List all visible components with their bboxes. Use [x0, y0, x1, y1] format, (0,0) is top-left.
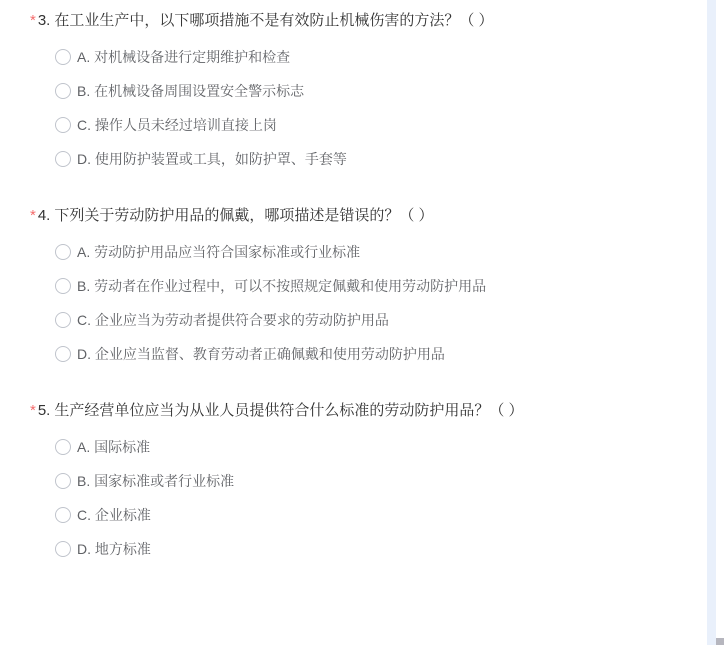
- radio-unchecked-icon[interactable]: [55, 117, 71, 133]
- radio-unchecked-icon[interactable]: [55, 151, 71, 167]
- question-title: *5.生产经营单位应当为从业人员提供符合什么标准的劳动防护用品？（ ）: [30, 403, 700, 418]
- radio-unchecked-icon[interactable]: [55, 244, 71, 260]
- radio-unchecked-icon[interactable]: [55, 473, 71, 489]
- option-row[interactable]: D. 地方标准: [55, 541, 700, 557]
- question-text: 下列关于劳动防护用品的佩戴，哪项描述是错误的？（ ）: [54, 207, 433, 224]
- option-row[interactable]: A. 国际标准: [55, 439, 700, 455]
- option-label: B. 劳动者在作业过程中，可以不按照规定佩戴和使用劳动防护用品: [77, 278, 486, 294]
- option-label: C. 企业标准: [77, 507, 151, 523]
- option-row[interactable]: B. 劳动者在作业过程中，可以不按照规定佩戴和使用劳动防护用品: [55, 278, 700, 294]
- question-block-3: *3.在工业生产中，以下哪项措施不是有效防止机械伤害的方法？（ ） A. 对机械…: [0, 13, 700, 167]
- radio-unchecked-icon[interactable]: [55, 278, 71, 294]
- radio-unchecked-icon[interactable]: [55, 346, 71, 362]
- option-row[interactable]: D. 使用防护装置或工具，如防护罩、手套等: [55, 151, 700, 167]
- radio-unchecked-icon[interactable]: [55, 49, 71, 65]
- option-label: D. 使用防护装置或工具，如防护罩、手套等: [77, 151, 347, 167]
- option-row[interactable]: D. 企业应当监督、教育劳动者正确佩戴和使用劳动防护用品: [55, 346, 700, 362]
- radio-unchecked-icon[interactable]: [55, 541, 71, 557]
- option-row[interactable]: C. 企业应当为劳动者提供符合要求的劳动防护用品: [55, 312, 700, 328]
- question-number: 5.: [38, 402, 51, 419]
- question-title: *4.下列关于劳动防护用品的佩戴，哪项描述是错误的？（ ）: [30, 208, 700, 223]
- option-row[interactable]: A. 劳动防护用品应当符合国家标准或行业标准: [55, 244, 700, 260]
- option-label: D. 地方标准: [77, 541, 151, 557]
- question-block-5: *5.生产经营单位应当为从业人员提供符合什么标准的劳动防护用品？（ ） A. 国…: [0, 403, 700, 557]
- option-label: A. 国际标准: [77, 439, 150, 455]
- question-title: *3.在工业生产中，以下哪项措施不是有效防止机械伤害的方法？（ ）: [30, 13, 700, 28]
- required-asterisk: *: [30, 207, 36, 224]
- option-label: A. 对机械设备进行定期维护和检查: [77, 49, 290, 65]
- option-label: C. 企业应当为劳动者提供符合要求的劳动防护用品: [77, 312, 389, 328]
- required-asterisk: *: [30, 402, 36, 419]
- option-label: B. 国家标准或者行业标准: [77, 473, 234, 489]
- radio-unchecked-icon[interactable]: [55, 507, 71, 523]
- question-text: 生产经营单位应当为从业人员提供符合什么标准的劳动防护用品？（ ）: [54, 402, 523, 419]
- option-row[interactable]: B. 在机械设备周围设置安全警示标志: [55, 83, 700, 99]
- option-label: A. 劳动防护用品应当符合国家标准或行业标准: [77, 244, 360, 260]
- option-row[interactable]: B. 国家标准或者行业标准: [55, 473, 700, 489]
- question-block-4: *4.下列关于劳动防护用品的佩戴，哪项描述是错误的？（ ） A. 劳动防护用品应…: [0, 208, 700, 362]
- scrollbar-corner[interactable]: [716, 638, 724, 645]
- question-number: 3.: [38, 12, 51, 29]
- option-row[interactable]: C. 操作人员未经过培训直接上岗: [55, 117, 700, 133]
- question-list: *3.在工业生产中，以下哪项措施不是有效防止机械伤害的方法？（ ） A. 对机械…: [0, 0, 700, 598]
- question-text: 在工业生产中，以下哪项措施不是有效防止机械伤害的方法？（ ）: [54, 12, 493, 29]
- vertical-scrollbar[interactable]: [716, 0, 724, 645]
- option-label: C. 操作人员未经过培训直接上岗: [77, 117, 277, 133]
- option-label: D. 企业应当监督、教育劳动者正确佩戴和使用劳动防护用品: [77, 346, 445, 362]
- option-row[interactable]: C. 企业标准: [55, 507, 700, 523]
- page-background-strip: [707, 0, 716, 645]
- radio-unchecked-icon[interactable]: [55, 83, 71, 99]
- radio-unchecked-icon[interactable]: [55, 439, 71, 455]
- option-row[interactable]: A. 对机械设备进行定期维护和检查: [55, 49, 700, 65]
- question-number: 4.: [38, 207, 51, 224]
- option-label: B. 在机械设备周围设置安全警示标志: [77, 83, 304, 99]
- required-asterisk: *: [30, 12, 36, 29]
- radio-unchecked-icon[interactable]: [55, 312, 71, 328]
